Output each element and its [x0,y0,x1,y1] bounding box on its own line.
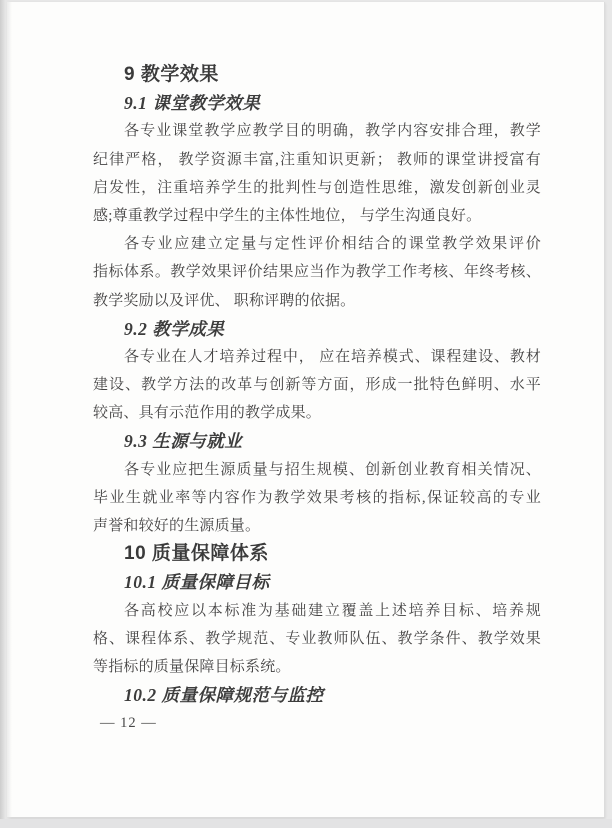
document-page: 9 教学效果 9.1 课堂教学效果 各专业课堂教学应教学目的明确，教学内容安排合… [7,2,605,818]
text-line: 较高、具有示范作用的教学成果。 [93,399,541,427]
section-heading-10: 10 质量保障体系 [93,540,541,568]
subsection-heading-9-2: 9.2 教学成果 [93,315,541,343]
text-line: 各专业应把生源质量与招生规模、创新创业教育相关情况、 [93,456,541,484]
text-line: 声誉和较好的生源质量。 [93,512,541,540]
text-line: 纪律严格， 教学资源丰富,注重知识更新； 教师的课堂讲授富有 [93,146,541,174]
text-line: 各专业在人才培养过程中， 应在培养模式、课程建设、教材 [93,343,541,371]
text-line: 等指标的质量保障目标系统。 [93,653,541,681]
text-line: 感;尊重教学过程中学生的主体性地位， 与学生沟通良好。 [93,202,541,230]
text-line: 各专业课堂教学应教学目的明确，教学内容安排合理，教学 [93,117,541,145]
text-line: 各高校应以本标准为基础建立覆盖上述培养目标、培养规 [93,597,541,625]
text-line: 各专业应建立定量与定性评价相结合的课堂教学效果评价 [93,230,541,258]
text-line: 教学奖励以及评优、 职称评聘的依据。 [93,287,541,315]
text-line: 指标体系。教学效果评价结果应当作为教学工作考核、年终考核、 [93,258,541,286]
scan-edge-left [0,0,12,828]
text-line: 毕业生就业率等内容作为教学效果考核的指标,保证较高的专业 [93,484,541,512]
text-line: 格、课程体系、教学规范、专业教师队伍、教学条件、教学效果 [93,625,541,653]
subsection-heading-10-1: 10.1 质量保障目标 [93,568,541,596]
subsection-heading-9-3: 9.3 生源与就业 [93,427,541,455]
text-line: 启发性，注重培养学生的批判性与创造性思维，激发创新创业灵 [93,174,541,202]
page-content: 9 教学效果 9.1 课堂教学效果 各专业课堂教学应教学目的明确，教学内容安排合… [93,61,541,738]
text-line: 建设、教学方法的改革与创新等方面，形成一批特色鲜明、水平 [93,371,541,399]
scanned-document-canvas: 9 教学效果 9.1 课堂教学效果 各专业课堂教学应教学目的明确，教学内容安排合… [0,0,612,828]
subsection-heading-10-2: 10.2 质量保障规范与监控 [93,681,541,709]
scan-edge-bottom [0,819,612,828]
subsection-heading-9-1: 9.1 课堂教学效果 [93,89,541,117]
section-heading-9: 9 教学效果 [93,61,541,89]
page-number: — 12 — [93,709,541,737]
